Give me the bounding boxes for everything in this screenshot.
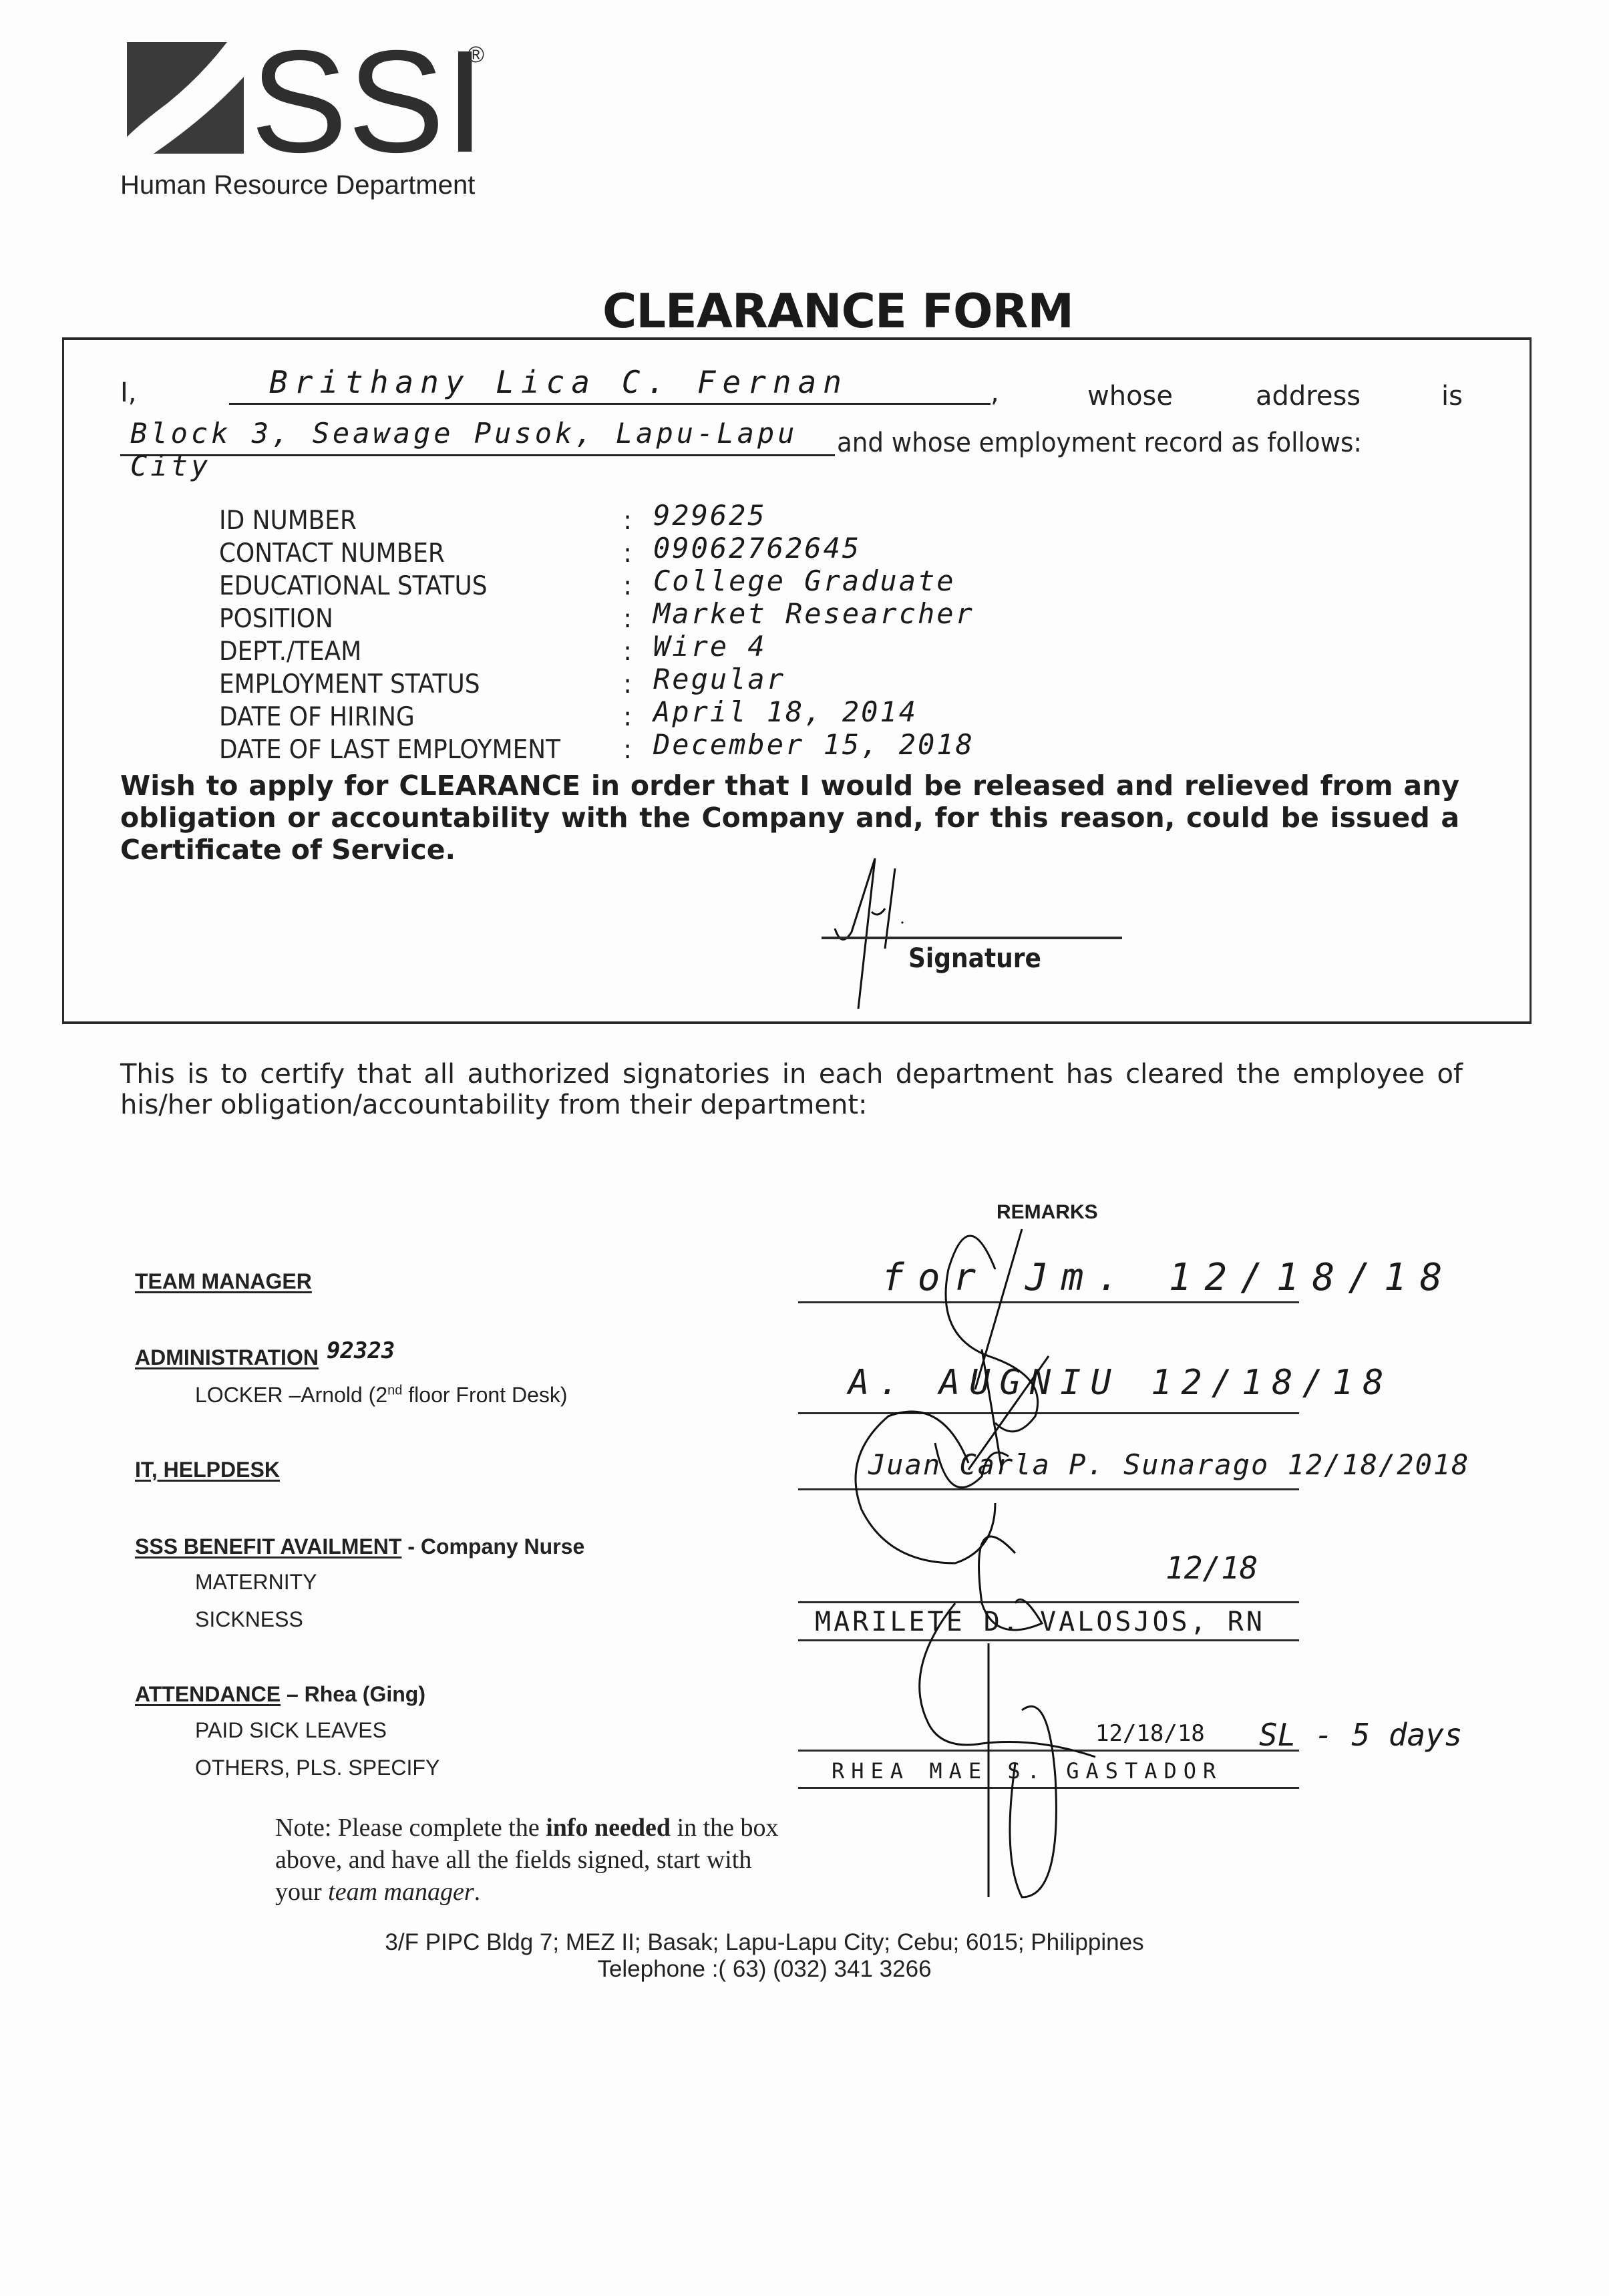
field-label: DATE OF HIRING — [219, 702, 415, 732]
locker-sup: nd — [387, 1383, 402, 1398]
dept-attendance: ATTENDANCE – Rhea (Ging) — [135, 1682, 425, 1707]
address-field[interactable]: Block 3, Seawage Pusok, Lapu-Lapu City — [120, 414, 835, 456]
attendance-remark-note: SL - 5 days — [1259, 1717, 1463, 1753]
address-suffix: and whose employment record as follows: — [837, 428, 1362, 458]
field-value[interactable]: Market Researcher — [653, 597, 974, 630]
clearance-statement: Wish to apply for CLEARANCE in order tha… — [120, 770, 1459, 866]
field-colon: : — [623, 669, 632, 699]
sss-sickness: SICKNESS — [195, 1607, 303, 1632]
locker-line: LOCKER –Arnold (2nd floor Front Desk) — [195, 1383, 568, 1408]
footer-telephone-text: Telephone :( 63) (032) 341 3266 — [597, 1956, 931, 1982]
ssi-logo: SSI ® — [127, 37, 501, 157]
remarks-header: REMARKS — [997, 1201, 1098, 1224]
address-text: address — [1256, 381, 1361, 412]
dept-it-helpdesk-label: IT, HELPDESK — [135, 1458, 280, 1482]
page-title-text: CLEARANCE FORM — [602, 284, 1073, 339]
address-value: Block 3, Seawage Pusok, Lapu-Lapu City — [130, 417, 835, 482]
field-label: ID NUMBER — [219, 506, 357, 536]
field-label: POSITION — [219, 604, 333, 634]
dept-administration-label: ADMINISTRATION — [135, 1345, 319, 1369]
field-colon: : — [623, 538, 632, 568]
field-label: DATE OF LAST EMPLOYMENT — [219, 735, 560, 765]
footer-address: 3/F PIPC Bldg 7; MEZ II; Basak; Lapu-Lap… — [0, 1929, 1609, 1956]
field-colon: : — [623, 571, 632, 601]
field-value[interactable]: 09062762645 — [653, 532, 861, 564]
field-colon: : — [623, 702, 632, 732]
svg-text:SSI: SSI — [250, 37, 485, 157]
sss-remark-date: 12/18 — [1166, 1550, 1258, 1586]
field-value[interactable]: April 18, 2014 — [653, 695, 918, 728]
signature-label: Signature — [908, 943, 1041, 974]
dept-sss-label: SSS BENEFIT AVAILMENT — [135, 1534, 401, 1559]
administration-annotation: 92323 — [327, 1337, 395, 1364]
page-title: CLEARANCE FORM — [0, 284, 1609, 339]
field-value[interactable]: December 15, 2018 — [653, 728, 974, 761]
signature-line[interactable] — [822, 937, 1122, 939]
attendance-remark-date: 12/18/18 — [1095, 1720, 1205, 1747]
field-row: DATE OF LAST EMPLOYMENT:December 15, 201… — [219, 735, 1087, 768]
note-part1: Note: Please complete the — [275, 1814, 546, 1842]
field-colon: : — [623, 506, 632, 536]
field-label: DEPT./TEAM — [219, 637, 361, 667]
whose-text: whose — [1087, 381, 1173, 412]
dept-attendance-label: ATTENDANCE — [135, 1682, 281, 1706]
field-value[interactable]: Wire 4 — [653, 630, 767, 663]
locker-text: LOCKER –Arnold (2 — [195, 1383, 387, 1407]
field-colon: : — [623, 735, 632, 765]
field-label: EMPLOYMENT STATUS — [219, 669, 480, 699]
sss-remark-name: MARILETE D. VALOSJOS, RN — [815, 1607, 1265, 1637]
is-text: is — [1441, 381, 1463, 412]
remark-line-sss-signature[interactable] — [798, 1601, 1299, 1603]
remark-line-administration[interactable] — [798, 1412, 1299, 1414]
field-label: EDUCATIONAL STATUS — [219, 571, 488, 601]
department-name: Human Resource Department — [120, 170, 475, 200]
note-bold: info needed — [546, 1814, 671, 1842]
locker-tail: floor Front Desk) — [402, 1383, 567, 1407]
name-value: Brithany Lica C. Fernan — [269, 364, 848, 400]
field-value[interactable]: Regular — [653, 663, 785, 695]
remark-line-attendance-signature[interactable] — [798, 1750, 1299, 1752]
attendance-remark-name: RHEA MAE S. GASTADOR — [832, 1758, 1222, 1784]
note-italic: team manager — [328, 1878, 474, 1906]
svg-text:®: ® — [468, 42, 484, 67]
dept-sss-extra: - Company Nurse — [401, 1534, 584, 1559]
name-comma: , — [991, 377, 999, 408]
dept-it-helpdesk: IT, HELPDESK — [135, 1458, 280, 1482]
certify-statement: This is to certify that all authorized s… — [120, 1059, 1463, 1120]
attendance-paid-sick-leaves: PAID SICK LEAVES — [195, 1718, 387, 1743]
note-text: Note: Please complete the info needed in… — [275, 1812, 796, 1908]
footer-address-text: 3/F PIPC Bldg 7; MEZ II; Basak; Lapu-Lap… — [385, 1929, 1143, 1955]
field-colon: : — [623, 604, 632, 634]
administration-remark: A. AUGNIU 12/18/18 — [848, 1363, 1393, 1403]
remark-line-sss-name[interactable] — [798, 1639, 1299, 1641]
name-field[interactable]: Brithany Lica C. Fernan — [229, 364, 991, 405]
dept-attendance-extra: – Rhea (Ging) — [281, 1682, 425, 1706]
ssi-logo-icon: SSI ® — [127, 37, 501, 157]
note-part3: . — [474, 1878, 481, 1906]
field-value[interactable]: 929625 — [653, 499, 767, 532]
declaration-prefix: I, — [120, 377, 137, 408]
dept-sss: SSS BENEFIT AVAILMENT - Company Nurse — [135, 1534, 584, 1559]
dept-team-manager: TEAM MANAGER — [135, 1269, 312, 1294]
it-helpdesk-remark: Juan Carla P. Sunarago 12/18/2018 — [868, 1448, 1469, 1481]
dept-team-manager-label: TEAM MANAGER — [135, 1269, 312, 1293]
field-colon: : — [623, 637, 632, 667]
field-label: CONTACT NUMBER — [219, 538, 445, 568]
footer-telephone: Telephone :( 63) (032) 341 3266 — [0, 1956, 1609, 1983]
dept-administration: ADMINISTRATION92323 — [135, 1344, 395, 1371]
sss-maternity: MATERNITY — [195, 1570, 317, 1595]
remark-line-attendance-name[interactable] — [798, 1787, 1299, 1789]
field-value[interactable]: College Graduate — [653, 564, 956, 597]
team-manager-remark: for Jm. 12/18/18 — [882, 1256, 1455, 1299]
attendance-others: OTHERS, PLS. SPECIFY — [195, 1756, 439, 1780]
remark-line-it-helpdesk[interactable] — [798, 1488, 1299, 1490]
remark-line-team-manager[interactable] — [798, 1301, 1299, 1303]
